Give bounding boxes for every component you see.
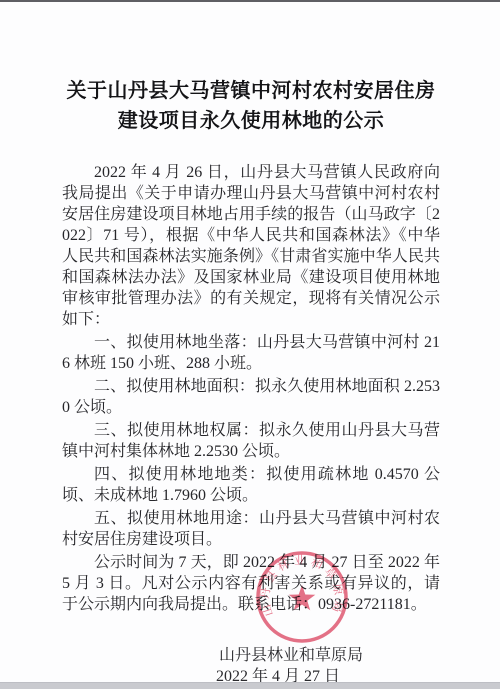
paragraph-item-5: 五、拟使用林地用途：山丹县大马营镇中河村农村安居住房建设项目。: [62, 508, 440, 550]
notice-title-line-1: 关于山丹县大马营镇中河村农村安居住房: [62, 76, 440, 106]
notice-body: 关于山丹县大马营镇中河村农村安居住房 建设项目永久使用林地的公示 2022 年 …: [62, 76, 440, 687]
paragraph-item-2: 二、拟使用林地面积：拟永久使用林地面积 2.2530 公顷。: [62, 376, 440, 418]
scan-top-edge: [0, 0, 500, 2]
scanned-notice-page: 关于山丹县大马营镇中河村农村安居住房 建设项目永久使用林地的公示 2022 年 …: [0, 0, 500, 689]
signature-organization: 山丹县林业和草原局: [62, 645, 440, 666]
scan-bottom-edge: [0, 682, 500, 689]
paragraph-notice-period: 公示时间为 7 天，即 2022 年 4 月 27 日至 2022 年 5 月 …: [62, 552, 440, 615]
signature-block: 山丹县林业和草原局 2022 年 4 月 27 日: [62, 645, 440, 687]
notice-title-line-2: 建设项目永久使用林地的公示: [62, 106, 440, 136]
notice-title: 关于山丹县大马营镇中河村农村安居住房 建设项目永久使用林地的公示: [62, 76, 440, 136]
paragraph-item-3: 三、拟使用林地权属：拟永久使用山丹县大马营镇中河村集体林地 2.2530 公顷。: [62, 420, 440, 462]
paragraph-intro: 2022 年 4 月 26 日，山丹县大马营镇人民政府向我局提出《关于申请办理山…: [62, 162, 440, 330]
paragraph-item-1: 一、拟使用林地坐落：山丹县大马营镇中河村 216 林班 150 小班、288 小…: [62, 332, 440, 374]
paragraph-item-4: 四、拟使用林地地类：拟使用疏林地 0.4570 公顷、未成林地 1.7960 公…: [62, 464, 440, 506]
